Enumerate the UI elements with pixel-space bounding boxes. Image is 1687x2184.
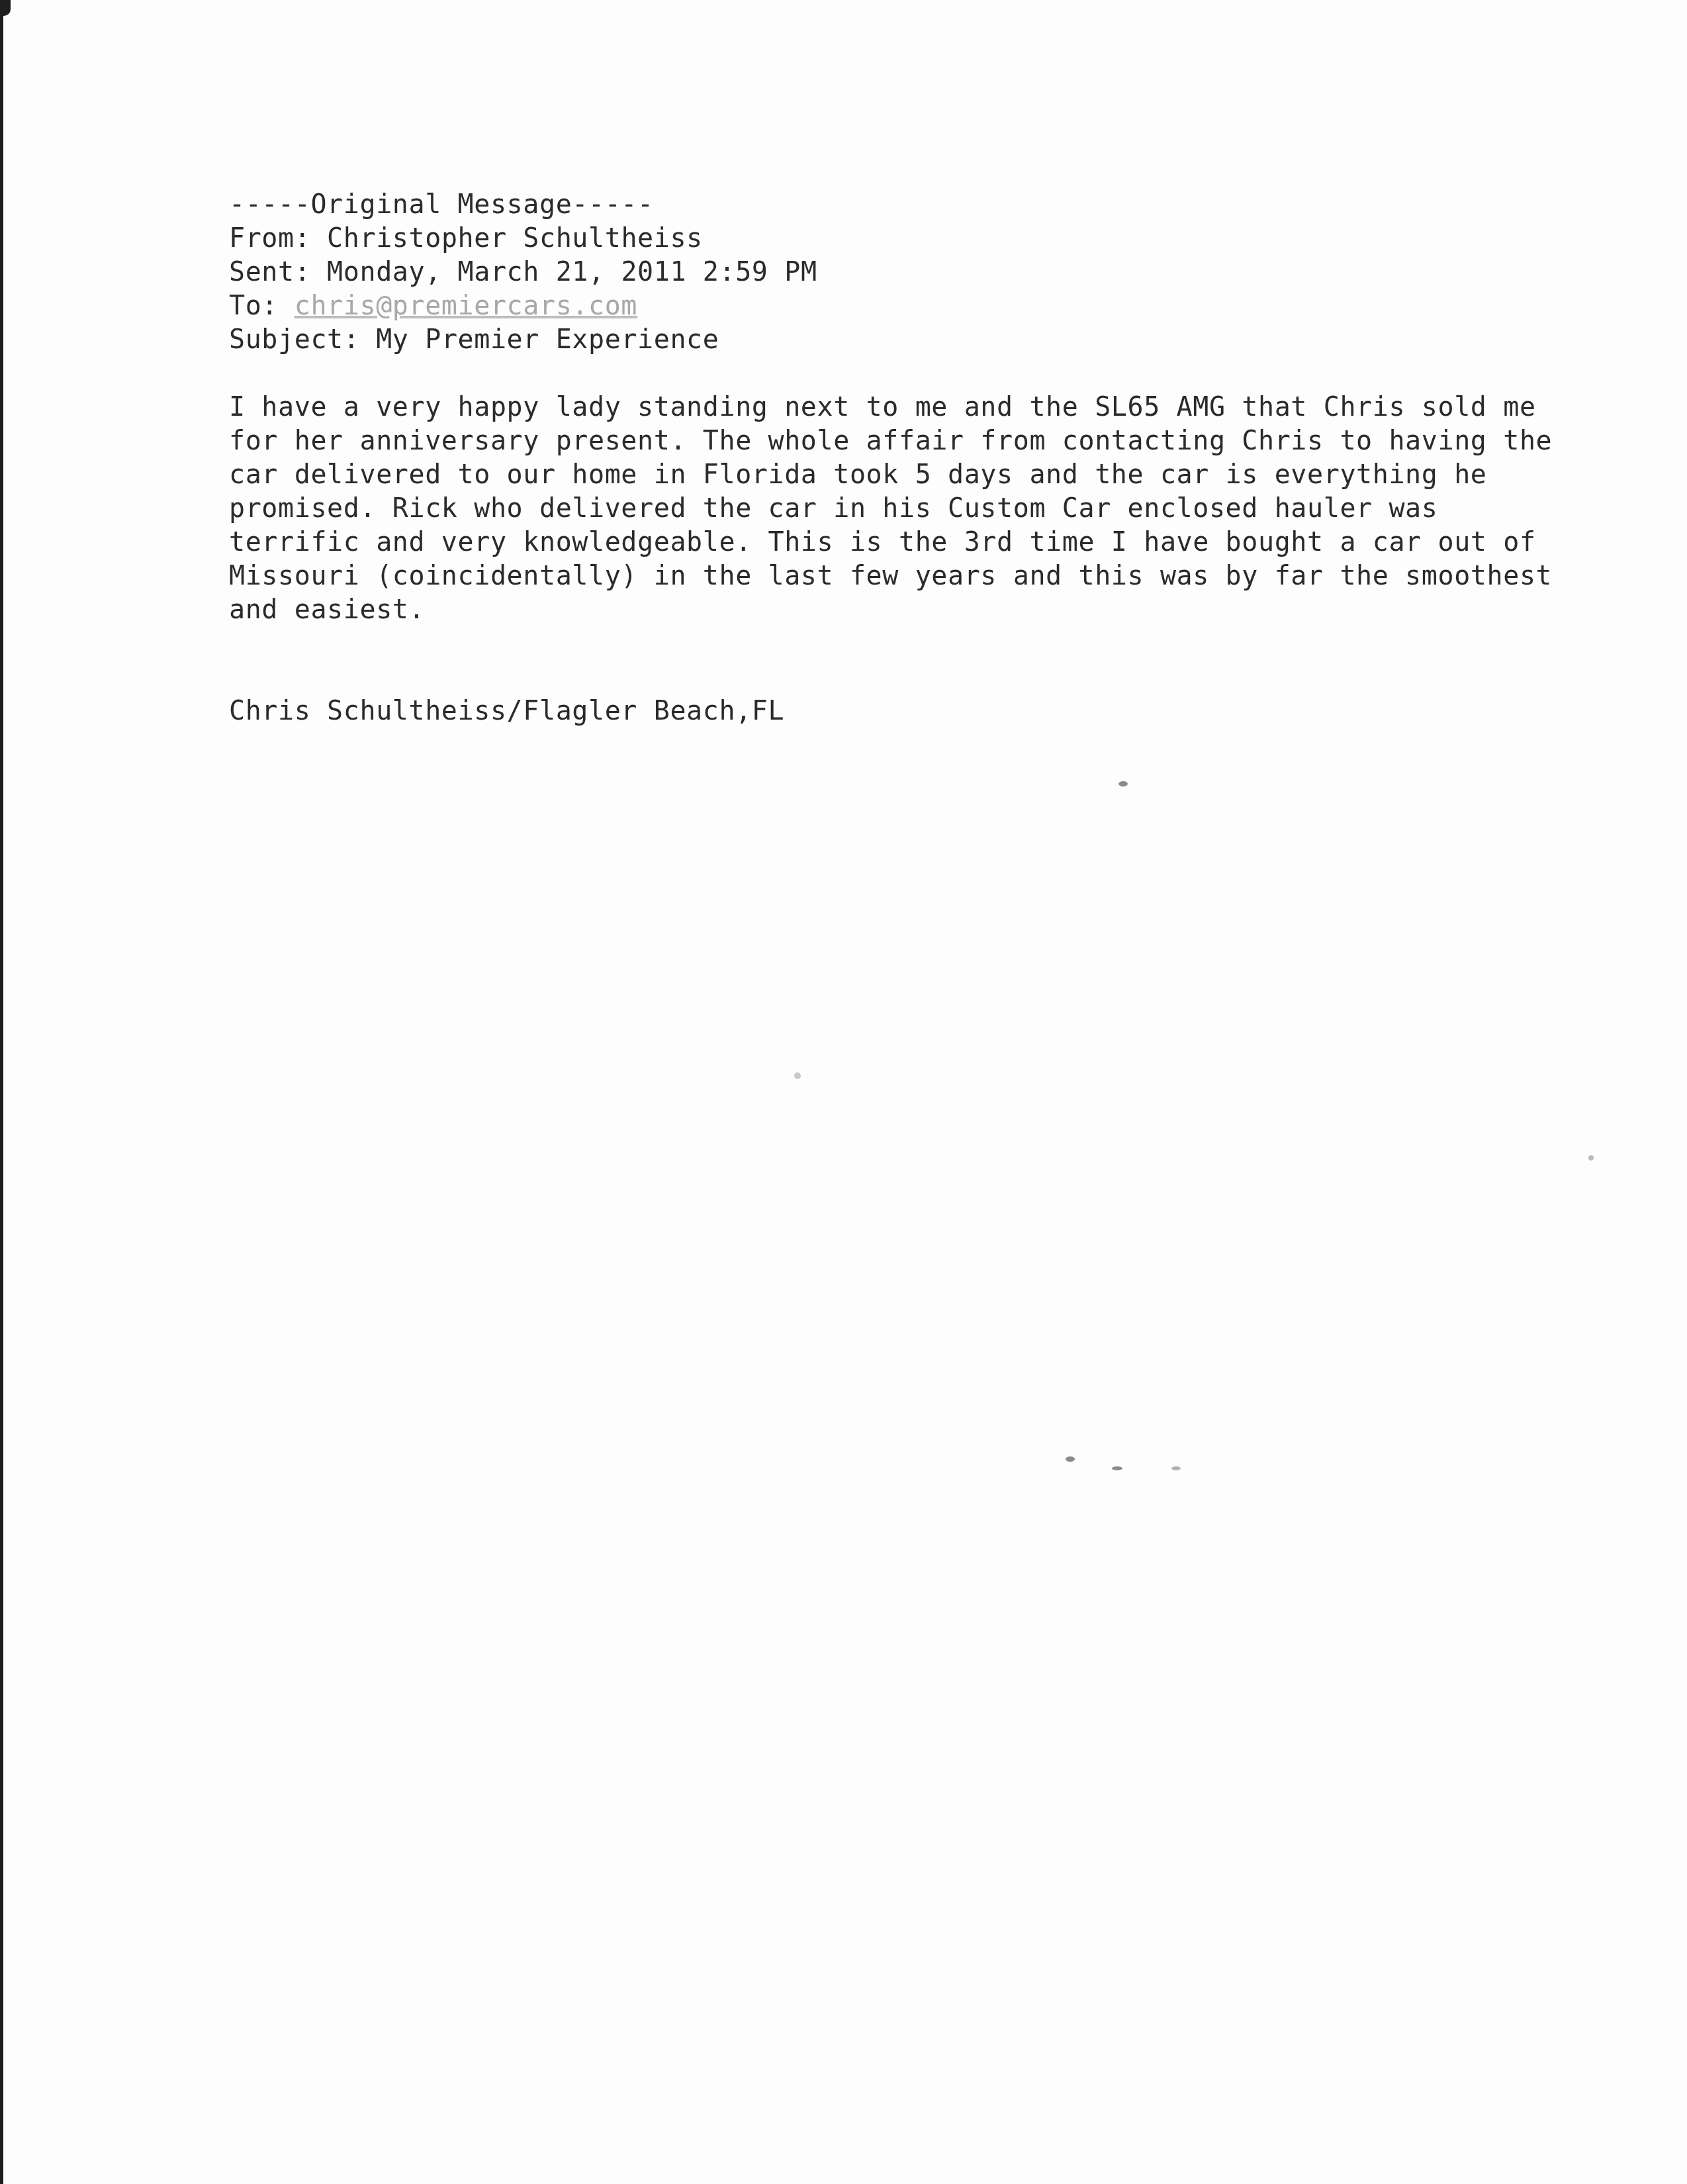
signature: Chris Schultheiss/Flagler Beach,FL — [229, 694, 1552, 728]
spacer — [229, 627, 1552, 694]
scan-speck — [1066, 1456, 1075, 1462]
spacer — [229, 357, 1552, 391]
scan-speck — [1588, 1155, 1594, 1161]
from-value: Christopher Schultheiss — [327, 223, 703, 254]
message-body: I have a very happy lady standing next t… — [229, 391, 1552, 627]
to-email-link[interactable]: chris@premiercars.com — [295, 291, 637, 321]
from-line: From: Christopher Schultheiss — [229, 222, 1552, 256]
scan-speck — [1118, 781, 1128, 786]
body-line: promised. Rick who delivered the car in … — [229, 492, 1552, 526]
body-line: and easiest. — [229, 593, 1552, 627]
email-printout: -----Original Message----- From: Christo… — [229, 188, 1552, 728]
to-label: To: — [229, 291, 278, 321]
body-line: I have a very happy lady standing next t… — [229, 391, 1552, 424]
body-line: terrific and very knowledgeable. This is… — [229, 526, 1552, 559]
scan-speck — [1171, 1466, 1181, 1470]
scan-speck — [794, 1072, 801, 1079]
scan-speck — [1112, 1466, 1122, 1470]
sent-value: Monday, March 21, 2011 2:59 PM — [327, 257, 817, 287]
body-line: car delivered to our home in Florida too… — [229, 458, 1552, 492]
sent-line: Sent: Monday, March 21, 2011 2:59 PM — [229, 256, 1552, 289]
scan-border — [0, 0, 3, 2184]
sent-label: Sent: — [229, 257, 310, 287]
body-line: Missouri (coincidentally) in the last fe… — [229, 559, 1552, 593]
body-line: for her anniversary present. The whole a… — [229, 424, 1552, 458]
subject-label: Subject: — [229, 324, 359, 355]
subject-line: Subject: My Premier Experience — [229, 323, 1552, 357]
from-label: From: — [229, 223, 310, 254]
original-message-separator: -----Original Message----- — [229, 188, 1552, 222]
scan-border-corner — [0, 0, 11, 16]
to-line: To: chris@premiercars.com — [229, 289, 1552, 323]
subject-value: My Premier Experience — [376, 324, 719, 355]
